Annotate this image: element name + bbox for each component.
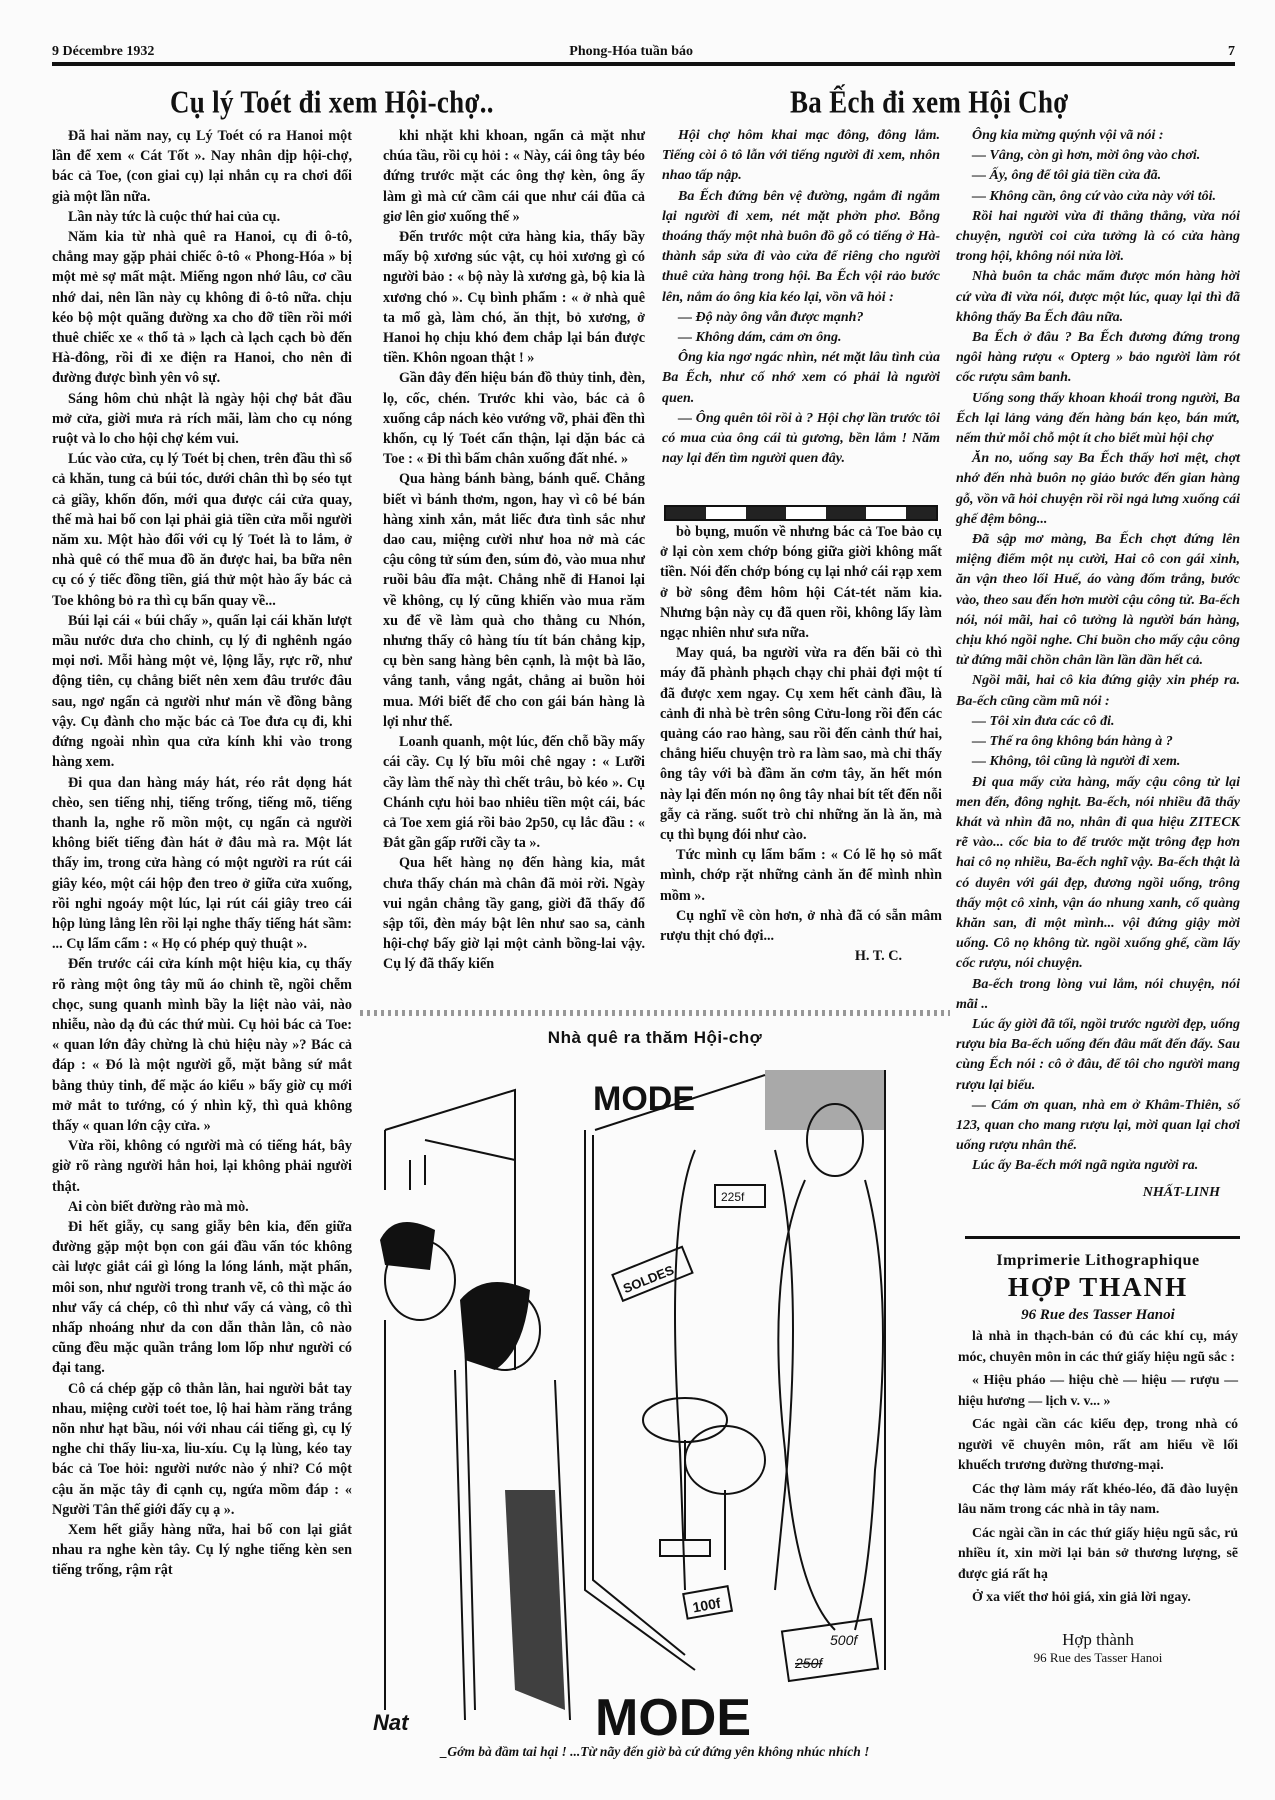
paragraph: Lần này tức là cuộc thứ hai của cụ. [52,207,352,227]
ad-paragraph: Ở xa viết thơ hỏi giá, xin giả lời ngay. [958,1587,1238,1608]
article1-column-2: khi nhặt khi khoan, ngẩn cả mặt như chúa… [383,126,645,975]
article1-column-1: Đã hai năm nay, cụ Lý Toét có ra Hanoi m… [52,126,352,1581]
paragraph: Ăn no, uống say Ba Ếch thấy hơi mệt, chợ… [956,449,1240,530]
paragraph: Qua hết hàng nọ đến hàng kia, mắt chưa t… [383,853,645,974]
paragraph: Ba Ếch ở đâu ? Ba Ếch đương đứng trong n… [956,328,1240,389]
cartoon-illustration: MODE MODE SOLDES 225f 100f 500f 250f Nat [365,1070,945,1740]
svg-text:100f: 100f [691,1595,722,1616]
paragraph: bò bụng, muốn về nhưng bác cả Toe bảo cụ… [660,522,942,643]
paragraph: khi nhặt khi khoan, ngẩn cả mặt như chúa… [383,126,645,227]
paragraph: — Độ này ông vẫn được mạnh? [662,308,940,328]
paragraph: Đã sập mơ màng, Ba Ếch chợt đứng lên miệ… [956,530,1240,671]
paragraph: Năm kia từ nhà quê ra Hanoi, cụ đi ô-tô,… [52,227,352,389]
cartoon-title: Nhà quê ra thăm Hội-chợ [360,1028,950,1048]
ad-paragraph: Các ngài cần in các thứ giấy hiệu ngũ sắ… [958,1523,1238,1585]
paragraph: — Thế ra ông không bán hàng à ? [956,732,1240,752]
dotted-divider [360,1010,950,1016]
paragraph: Rồi hai người vừa đi thẳng thẳng, vừa nó… [956,207,1240,268]
paragraph: Ông kia mừng quýnh vội vã nói : [956,126,1240,146]
article-divider [664,505,938,521]
paragraph: Đi hết giẫy, cụ sang giẫy bên kia, đến g… [52,1217,352,1379]
article1-title: Cụ lý Toét đi xem Hội-chợ.. [170,84,494,121]
ad-body: là nhà in thạch-bản có đủ các khí cụ, má… [958,1326,1238,1608]
header-date: 9 Décembre 1932 [52,44,154,60]
paragraph: Ông kia ngơ ngác nhìn, nét mặt lâu tình … [662,348,940,409]
paragraph: Gần đây đến hiệu bán đồ thủy tinh, đèn, … [383,368,645,469]
paragraph: May quá, ba người vừa ra đến bãi cỏ thì … [660,643,942,845]
paragraph: Ngồi mãi, hai cô kia đứng giậy xin phép … [956,671,1240,711]
paragraph: Đến trước cái cửa kính một hiệu kia, cụ … [52,954,352,1136]
paragraph: — Ông quên tôi rồi à ? Hội chợ lần trước… [662,409,940,470]
paragraph: Đi qua mấy cửa hàng, mấy cậu công tử lại… [956,773,1240,975]
article2-author: NHẤT-LINH [956,1183,1240,1203]
paragraph: Loanh quanh, một lúc, đến chỗ bầy mấy cá… [383,732,645,853]
header-page-number: 7 [1228,44,1235,60]
svg-text:Nat: Nat [373,1710,410,1735]
paragraph: Lúc ấy Ba-ếch mới ngã ngửa người ra. [956,1156,1240,1176]
paragraph: — Không cần, ông cứ vào cửa này với tôi. [956,187,1240,207]
cartoon-caption: _Gớm bà đầm tai hại ! ...Từ nãy đến giờ … [360,1744,950,1760]
paragraph: Ba Ếch đứng bên vệ đường, ngắm đi ngắm l… [662,187,940,308]
ad-company-name: HỢP THANH [958,1272,1238,1303]
paragraph: Qua hàng bánh bàng, bánh quế. Chẳng biết… [383,469,645,732]
paragraph: Cụ nghĩ về còn hơn, ở nhà đã có sẵn mâm … [660,906,942,946]
paragraph: Búi lại cái « búi chấy », quấn lại cái k… [52,611,352,773]
paragraph: Uống song thấy khoan khoái trong người, … [956,389,1240,450]
article2-title: Ba Ếch đi xem Hội Chợ [790,84,1069,121]
svg-text:225f: 225f [721,1190,745,1204]
paragraph: Cô cá chép gặp cô thằn lằn, hai người bắ… [52,1379,352,1520]
article1-author: H. T. C. [660,946,942,966]
paragraph: Ba-ếch trong lòng vui lắm, nói chuyện, n… [956,975,1240,1015]
advertisement-rule [965,1236,1240,1239]
paragraph: Ai còn biết đường rào mà mò. [52,1197,352,1217]
svg-text:MODE: MODE [595,1689,751,1740]
ad-imprimerie-line: Imprimerie Lithographique [958,1252,1238,1270]
svg-text:500f: 500f [830,1632,859,1648]
paragraph: Đã hai năm nay, cụ Lý Toét có ra Hanoi m… [52,126,352,207]
paragraph: — Ấy, ông để tôi giả tiền cửa đã. [956,166,1240,186]
ad-paragraph: là nhà in thạch-bản có đủ các khí cụ, má… [958,1326,1238,1367]
article1-column-3: bò bụng, muốn về nhưng bác cả Toe bảo cụ… [660,522,942,966]
paragraph: Lúc ấy giời đã tối, ngồi trước người đẹp… [956,1015,1240,1096]
paragraph: — Không, tôi cũng là người đi xem. [956,752,1240,772]
header-publication: Phong-Hóa tuần báo [569,44,693,60]
article2-column-3: Hội chợ hôm khai mạc đông, đông lắm. Tiế… [662,126,940,469]
page-header: 9 Décembre 1932 Phong-Hóa tuần báo 7 [52,38,1235,60]
paragraph: Lúc vào cửa, cụ lý Toét bị chen, trên đầ… [52,449,352,611]
svg-text:250f: 250f [794,1655,824,1671]
paragraph: — Cám ơn quan, nhà em ở Khâm-Thiên, số 1… [956,1096,1240,1157]
advertisement-hop-thanh: Imprimerie Lithographique HỢP THANH 96 R… [958,1252,1238,1666]
header-rule [52,62,1235,66]
paragraph: Đến trước một cửa hàng kia, thấy bầy mấy… [383,227,645,368]
paragraph: — Tôi xin đưa các cô đi. [956,712,1240,732]
ad-paragraph: Các thợ làm máy rất khéo-léo, đã đào luy… [958,1479,1238,1520]
paragraph: — Không dám, cảm ơn ông. [662,328,940,348]
ad-signature: Hợp thành [958,1630,1238,1650]
ad-paragraph: « Hiệu pháo — hiệu chè — hiệu — rượu — h… [958,1370,1238,1411]
paragraph: Xem hết giẫy hàng nữa, hai bố con lại gi… [52,1520,352,1581]
paragraph: Đi qua dan hàng máy hát, réo rắt dọng há… [52,773,352,955]
ad-address: 96 Rue des Tasser Hanoi [958,1307,1238,1324]
paragraph: Vừa rồi, không có người mà có tiếng hát,… [52,1136,352,1197]
paragraph: Nhà buôn ta chắc mẩm được món hàng hời c… [956,267,1240,328]
article2-column-4: Ông kia mừng quýnh vội vã nói :— Vâng, c… [956,126,1240,1203]
ad-paragraph: Các ngài cần các kiểu đẹp, trong nhà có … [958,1414,1238,1476]
svg-text:MODE: MODE [593,1080,695,1118]
paragraph: — Vâng, còn gì hơn, mời ông vào chơi. [956,146,1240,166]
ad-signature-address: 96 Rue des Tasser Hanoi [958,1650,1238,1666]
paragraph: Sáng hôm chủ nhật là ngày hội chợ bắt đầ… [52,389,352,450]
paragraph: Hội chợ hôm khai mạc đông, đông lắm. Tiế… [662,126,940,187]
paragraph: Tức mình cụ lẩm bẩm : « Có lẽ họ sỏ mất … [660,845,942,906]
